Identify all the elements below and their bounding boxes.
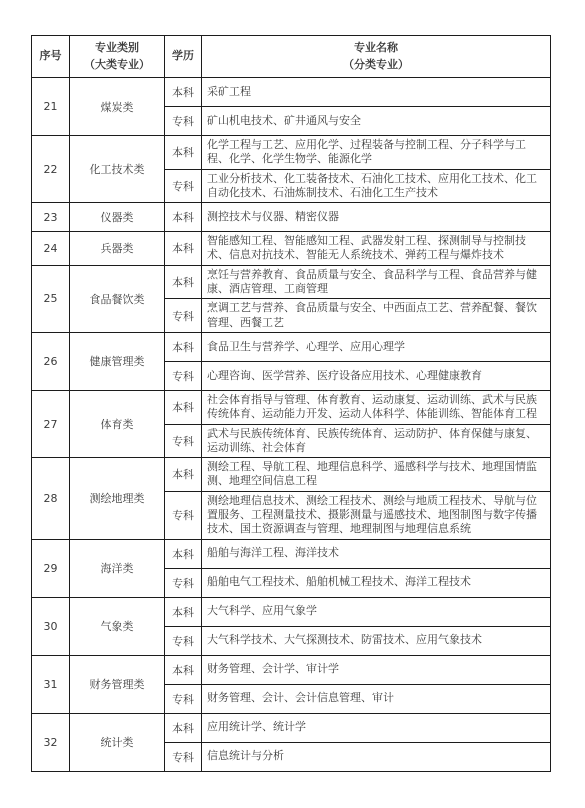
row-major-names: 社会体育指导与管理、体育教育、运动康复、运动训练、武术与民族传统体育、运动能力开… <box>202 390 551 424</box>
row-major-names: 测控技术与仪器、精密仪器 <box>202 203 551 232</box>
row-degree-level: 本科 <box>165 390 202 424</box>
row-major-names: 船舶电气工程技术、船舶机械工程技术、海洋工程技术 <box>202 568 551 597</box>
row-major-names: 矿山机电技术、矿井通风与安全 <box>202 107 551 136</box>
row-major-category: 仪器类 <box>70 203 165 232</box>
row-degree-level: 专科 <box>165 626 202 655</box>
row-degree-level: 本科 <box>165 539 202 568</box>
row-serial-number: 22 <box>32 136 70 203</box>
row-major-category: 兵器类 <box>70 232 165 266</box>
row-major-names: 工业分析技术、化工装备技术、石油化工技术、应用化工技术、化工自动化技术、石油炼制… <box>202 169 551 203</box>
row-degree-level: 专科 <box>165 568 202 597</box>
table-row: 32统计类本科应用统计学、统计学 <box>32 713 551 742</box>
row-major-names: 大气科学、应用气象学 <box>202 597 551 626</box>
row-major-names: 测绘地理信息技术、测绘工程技术、测绘与地质工程技术、导航与位置服务、工程测量技术… <box>202 491 551 539</box>
header-serial-number: 序号 <box>32 36 70 78</box>
row-serial-number: 29 <box>32 539 70 597</box>
row-serial-number: 30 <box>32 597 70 655</box>
row-major-names: 武术与民族传统体育、民族传统体育、运动防护、体育保健与康复、运动训练、社会体育 <box>202 424 551 458</box>
row-major-names: 烹饪与营养教育、食品质量与安全、食品科学与工程、食品营养与健康、酒店管理、工商管… <box>202 265 551 299</box>
table-row: 21煤炭类本科采矿工程 <box>32 78 551 107</box>
row-degree-level: 本科 <box>165 597 202 626</box>
row-degree-level: 本科 <box>165 713 202 742</box>
table-row: 26健康管理类本科食品卫生与营养学、心理学、应用心理学 <box>32 332 551 361</box>
header-major-names: 专业名称 （分类专业） <box>202 36 551 78</box>
table-row: 30气象类本科大气科学、应用气象学 <box>32 597 551 626</box>
row-degree-level: 专科 <box>165 169 202 203</box>
row-major-category: 测绘地理类 <box>70 458 165 539</box>
row-major-category: 海洋类 <box>70 539 165 597</box>
row-degree-level: 本科 <box>165 78 202 107</box>
row-major-names: 应用统计学、统计学 <box>202 713 551 742</box>
row-degree-level: 专科 <box>165 742 202 771</box>
row-major-names: 大气科学技术、大气探测技术、防雷技术、应用气象技术 <box>202 626 551 655</box>
row-serial-number: 27 <box>32 390 70 457</box>
row-major-category: 体育类 <box>70 390 165 457</box>
row-major-category: 统计类 <box>70 713 165 771</box>
table-row: 29海洋类本科船舶与海洋工程、海洋技术 <box>32 539 551 568</box>
table-row: 23仪器类本科测控技术与仪器、精密仪器 <box>32 203 551 232</box>
row-major-names: 信息统计与分析 <box>202 742 551 771</box>
header-row: 序号 专业类别 （大类专业） 学历 专业名称 （分类专业） <box>32 36 551 78</box>
row-degree-level: 专科 <box>165 491 202 539</box>
row-major-category: 健康管理类 <box>70 332 165 390</box>
row-serial-number: 28 <box>32 458 70 539</box>
row-degree-level: 专科 <box>165 424 202 458</box>
row-major-names: 心理咨询、医学营养、医疗设备应用技术、心理健康教育 <box>202 361 551 390</box>
row-major-names: 采矿工程 <box>202 78 551 107</box>
row-major-names: 财务管理、会计学、审计学 <box>202 655 551 684</box>
row-degree-level: 专科 <box>165 361 202 390</box>
row-degree-level: 本科 <box>165 655 202 684</box>
table-row: 31财务管理类本科财务管理、会计学、审计学 <box>32 655 551 684</box>
table-row: 27体育类本科社会体育指导与管理、体育教育、运动康复、运动训练、武术与民族传统体… <box>32 390 551 424</box>
row-major-names: 智能感知工程、智能感知工程、武器发射工程、探测制导与控制技术、信息对抗技术、智能… <box>202 232 551 266</box>
row-serial-number: 23 <box>32 203 70 232</box>
table-row: 25食品餐饮类本科烹饪与营养教育、食品质量与安全、食品科学与工程、食品营养与健康… <box>32 265 551 299</box>
header-degree-level: 学历 <box>165 36 202 78</box>
row-degree-level: 本科 <box>165 203 202 232</box>
majors-table-body: 21煤炭类本科采矿工程专科矿山机电技术、矿井通风与安全22化工技术类本科化学工程… <box>32 78 551 772</box>
table-row: 28测绘地理类本科测绘工程、导航工程、地理信息科学、遥感科学与技术、地理国情监测… <box>32 458 551 492</box>
row-degree-level: 本科 <box>165 332 202 361</box>
row-major-names: 船舶与海洋工程、海洋技术 <box>202 539 551 568</box>
row-degree-level: 专科 <box>165 107 202 136</box>
table-row: 24兵器类本科智能感知工程、智能感知工程、武器发射工程、探测制导与控制技术、信息… <box>32 232 551 266</box>
row-serial-number: 32 <box>32 713 70 771</box>
row-serial-number: 24 <box>32 232 70 266</box>
row-degree-level: 专科 <box>165 684 202 713</box>
row-major-category: 财务管理类 <box>70 655 165 713</box>
row-degree-level: 专科 <box>165 299 202 333</box>
row-serial-number: 21 <box>32 78 70 136</box>
row-major-names: 财务管理、会计、会计信息管理、审计 <box>202 684 551 713</box>
row-major-names: 烹调工艺与营养、食品质量与安全、中西面点工艺、营养配餐、餐饮管理、西餐工艺 <box>202 299 551 333</box>
row-major-category: 气象类 <box>70 597 165 655</box>
row-major-names: 化学工程与工艺、应用化学、过程装备与控制工程、分子科学与工程、化学、化学生物学、… <box>202 136 551 170</box>
document-page: 序号 专业类别 （大类专业） 学历 专业名称 （分类专业） 21煤炭类本科采矿工… <box>0 0 585 808</box>
header-major-category: 专业类别 （大类专业） <box>70 36 165 78</box>
row-degree-level: 本科 <box>165 232 202 266</box>
row-major-names: 测绘工程、导航工程、地理信息科学、遥感科学与技术、地理国情监测、地理空间信息工程 <box>202 458 551 492</box>
row-degree-level: 本科 <box>165 136 202 170</box>
row-major-category: 煤炭类 <box>70 78 165 136</box>
row-major-category: 食品餐饮类 <box>70 265 165 332</box>
row-serial-number: 25 <box>32 265 70 332</box>
row-serial-number: 31 <box>32 655 70 713</box>
row-serial-number: 26 <box>32 332 70 390</box>
row-major-category: 化工技术类 <box>70 136 165 203</box>
table-row: 22化工技术类本科化学工程与工艺、应用化学、过程装备与控制工程、分子科学与工程、… <box>32 136 551 170</box>
row-degree-level: 本科 <box>165 265 202 299</box>
majors-table: 序号 专业类别 （大类专业） 学历 专业名称 （分类专业） 21煤炭类本科采矿工… <box>31 35 551 772</box>
row-degree-level: 本科 <box>165 458 202 492</box>
row-major-names: 食品卫生与营养学、心理学、应用心理学 <box>202 332 551 361</box>
